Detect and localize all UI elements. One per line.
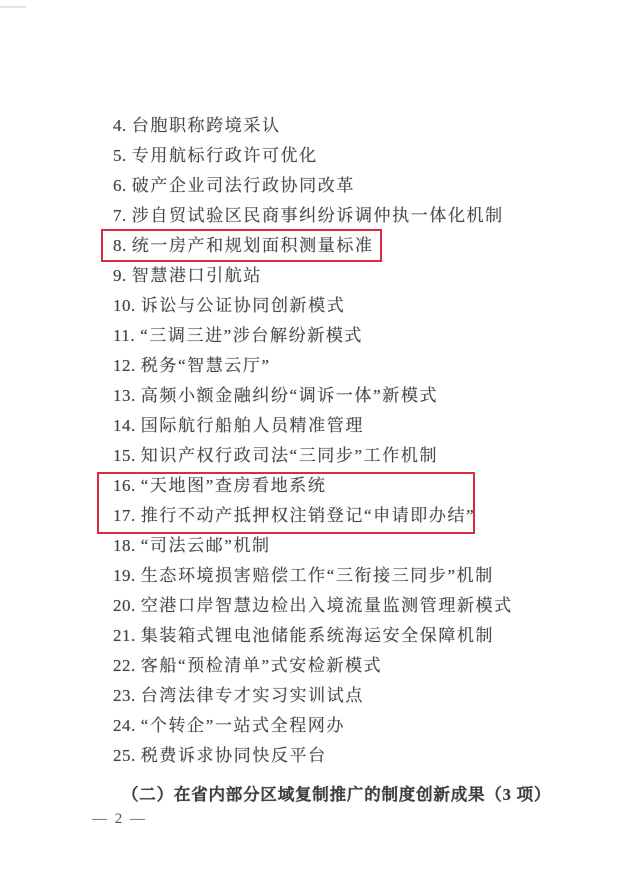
list-item-number: 10. bbox=[113, 291, 136, 321]
list-item: 24.“个转企”一站式全程网办 bbox=[113, 711, 345, 741]
list-item-text: 台湾法律专才实习实训试点 bbox=[141, 686, 364, 705]
list-item: 13.高频小额金融纠纷“调诉一体”新模式 bbox=[113, 381, 438, 411]
list-item-number: 15. bbox=[113, 441, 136, 471]
list-item-number: 5. bbox=[113, 141, 127, 171]
list-item-text: 税务“智慧云厅” bbox=[141, 356, 271, 375]
list-item: 18.“司法云邮”机制 bbox=[113, 531, 271, 561]
list-item-number: 4. bbox=[113, 111, 127, 141]
page-number: — 2 — bbox=[92, 811, 147, 828]
list-item: 11.“三调三进”涉台解纷新模式 bbox=[113, 321, 363, 351]
list-item-number: 23. bbox=[113, 681, 136, 711]
list-item-text: 高频小额金融纠纷“调诉一体”新模式 bbox=[141, 386, 438, 405]
list-item-text: 知识产权行政司法“三同步”工作机制 bbox=[141, 446, 438, 465]
list-item: 4.台胞职称跨境采认 bbox=[113, 111, 281, 141]
list-item-number: 14. bbox=[113, 411, 136, 441]
list-item-text: “三调三进”涉台解纷新模式 bbox=[140, 326, 363, 345]
list-item-number: 11. bbox=[113, 321, 135, 351]
list-item-text: 生态环境损害赔偿工作“三衔接三同步”机制 bbox=[141, 566, 494, 585]
list-item: 9.智慧港口引航站 bbox=[113, 261, 262, 291]
list-item-text: 诉讼与公证协同创新模式 bbox=[141, 296, 346, 315]
list-item: 12.税务“智慧云厅” bbox=[113, 351, 271, 381]
list-item: 10.诉讼与公证协同创新模式 bbox=[113, 291, 345, 321]
list-item-number: 21. bbox=[113, 621, 136, 651]
list-item: 7.涉自贸试验区民商事纠纷诉调仲执一体化机制 bbox=[113, 201, 504, 231]
list-item-number: 6. bbox=[113, 171, 127, 201]
list-item-number: 22. bbox=[113, 651, 136, 681]
list-item-text: 客船“预检清单”式安检新模式 bbox=[141, 656, 383, 675]
list-item: 19.生态环境损害赔偿工作“三衔接三同步”机制 bbox=[113, 561, 494, 591]
list-item-number: 13. bbox=[113, 381, 136, 411]
list-item: 21.集装箱式锂电池储能系统海运安全保障机制 bbox=[113, 621, 494, 651]
list-item-text: “个转企”一站式全程网办 bbox=[141, 716, 345, 735]
list-item-text: 专用航标行政许可优化 bbox=[132, 146, 318, 165]
list-item: 6.破产企业司法行政协同改革 bbox=[113, 171, 355, 201]
list-item: 15.知识产权行政司法“三同步”工作机制 bbox=[113, 441, 438, 471]
list-item-number: 24. bbox=[113, 711, 136, 741]
list-item-number: 9. bbox=[113, 261, 127, 291]
list-item: 20.空港口岸智慧边检出入境流量监测管理新模式 bbox=[113, 591, 513, 621]
highlight-box-items-16-17 bbox=[97, 472, 475, 534]
list-item-text: 国际航行船舶人员精准管理 bbox=[141, 416, 364, 435]
list-item-text: 台胞职称跨境采认 bbox=[132, 116, 281, 135]
list-item-text: “司法云邮”机制 bbox=[141, 536, 271, 555]
list-item-number: 20. bbox=[113, 591, 136, 621]
list-item: 23.台湾法律专才实习实训试点 bbox=[113, 681, 364, 711]
innovation-list: 4.台胞职称跨境采认5.专用航标行政许可优化6.破产企业司法行政协同改革7.涉自… bbox=[0, 0, 633, 895]
list-item-number: 7. bbox=[113, 201, 127, 231]
list-item: 5.专用航标行政许可优化 bbox=[113, 141, 318, 171]
highlight-box-item-8 bbox=[101, 229, 382, 262]
section-heading: （二）在省内部分区域复制推广的制度创新成果（3 项） bbox=[122, 781, 551, 805]
list-item-text: 智慧港口引航站 bbox=[132, 266, 262, 285]
list-item: 14.国际航行船舶人员精准管理 bbox=[113, 411, 364, 441]
list-item: 22.客船“预检清单”式安检新模式 bbox=[113, 651, 382, 681]
list-item: 25.税费诉求协同快反平台 bbox=[113, 741, 327, 771]
list-item-number: 25. bbox=[113, 741, 136, 771]
list-item-text: 空港口岸智慧边检出入境流量监测管理新模式 bbox=[141, 596, 513, 615]
document-page: 4.台胞职称跨境采认5.专用航标行政许可优化6.破产企业司法行政协同改革7.涉自… bbox=[0, 0, 633, 895]
list-item-number: 18. bbox=[113, 531, 136, 561]
list-item-text: 集装箱式锂电池储能系统海运安全保障机制 bbox=[141, 626, 494, 645]
list-item-text: 破产企业司法行政协同改革 bbox=[132, 176, 355, 195]
list-item-text: 税费诉求协同快反平台 bbox=[141, 746, 327, 765]
list-item-number: 12. bbox=[113, 351, 136, 381]
list-item-number: 19. bbox=[113, 561, 136, 591]
list-item-text: 涉自贸试验区民商事纠纷诉调仲执一体化机制 bbox=[132, 206, 504, 225]
